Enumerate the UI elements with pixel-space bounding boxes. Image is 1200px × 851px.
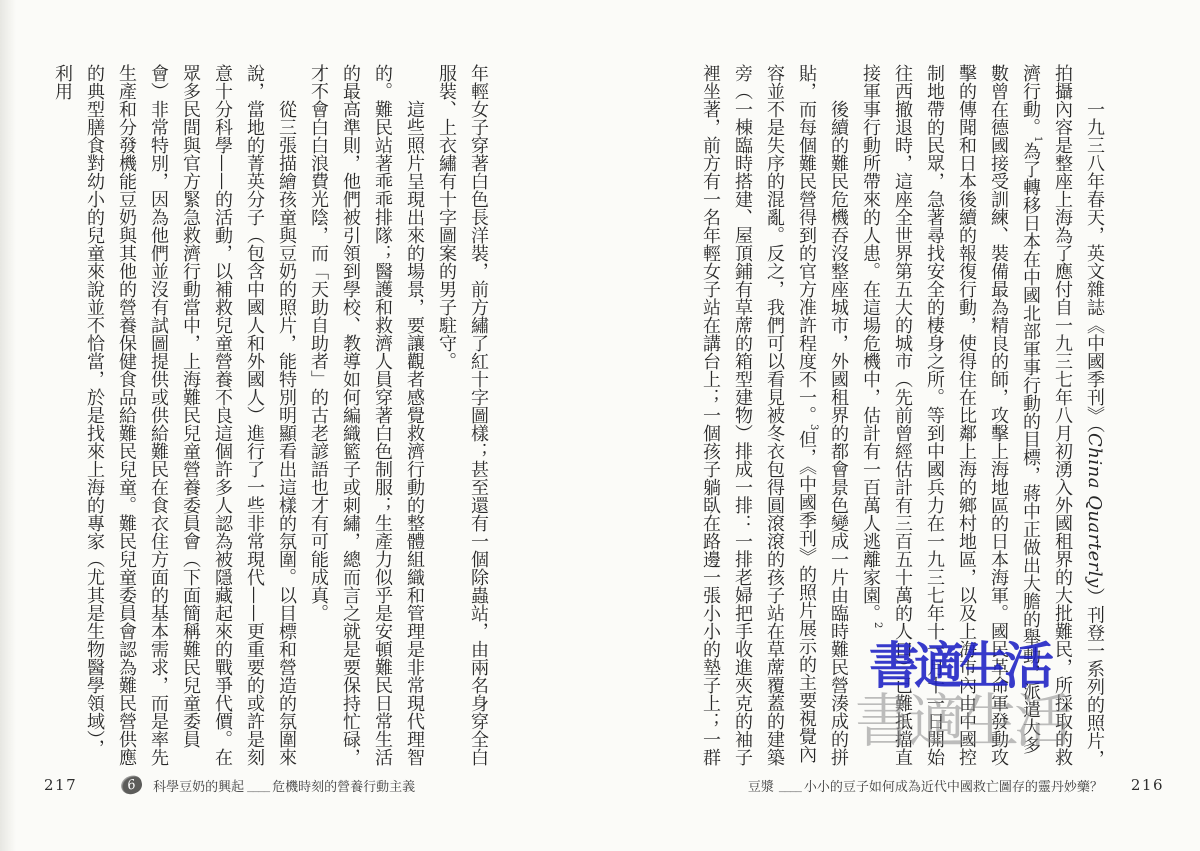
footer-divider: ____ (247, 778, 269, 793)
right-page-footer: 豆漿 ____ 小小的豆子如何成為近代中國救亡圖存的靈丹妙藥？ 216 (748, 773, 1164, 797)
left-page-number: 217 (44, 776, 77, 794)
footer-divider: ____ (779, 778, 801, 793)
left-page-footer: 217 6 科學豆奶的興起 ____ 危機時刻的營養行動主義 (44, 773, 415, 797)
text-run: 這些照片呈現出來的場景，要讓觀者感覺救濟行動的整體組織和管理是非常現代理智的。難… (308, 64, 425, 766)
text-run: 從三張描繪孩童與豆奶的照片，能特別明顯看出這樣的氛圍。以目標和營造的氛圍來說，當… (52, 64, 297, 766)
book-subtitle: 小小的豆子如何成為近代中國救亡圖存的靈丹妙藥？ (804, 776, 1103, 795)
right-page-text-block: 一九三八年春天，英文雜誌《中國季刊》（China Quarterly）刊登一系列… (686, 64, 1110, 768)
chapter-number-badge: 6 (119, 774, 144, 797)
paragraph: 年輕女子穿著白色長洋裝，前方繡了紅十字圖樣；甚至還有一個除蟲站，由兩名身穿全白服… (430, 64, 494, 768)
book-spread: 一九三八年春天，英文雜誌《中國季刊》（China Quarterly）刊登一系列… (0, 0, 1200, 851)
text-run: 為了轉移日本在中國北部軍事行動的目標，蔣中正做出大膽的舉動，派遣大多數曾在德國接… (860, 64, 1041, 766)
chapter-subtitle: 危機時刻的營養行動主義 (272, 776, 415, 795)
paragraph: 這些照片呈現出來的場景，要讓觀者感覺救濟行動的整體組織和管理是非常現代理智的。難… (302, 64, 430, 768)
text-run: 一九三八年春天，英文雜誌《中國季刊》（ (1084, 100, 1105, 433)
right-page-number: 216 (1131, 776, 1164, 794)
chapter-title: 科學豆奶的興起 (153, 776, 244, 795)
latin-text: China Quarterly (1084, 433, 1105, 588)
paragraph: 從三張描繪孩童與豆奶的照片，能特別明顯看出這樣的氛圍。以目標和營造的氛圍來說，當… (46, 64, 302, 768)
paragraph: 一九三八年春天，英文雜誌《中國季刊》（China Quarterly）刊登一系列… (854, 64, 1110, 768)
left-page-text-block: 年輕女子穿著白色長洋裝，前方繡了紅十字圖樣；甚至還有一個除蟲站，由兩名身穿全白服… (70, 64, 494, 768)
paragraph: 後續的難民危機吞沒整座城市，外國租界的都會景色變成一片由臨時難民營湊成的拼貼，而… (694, 64, 854, 768)
scan-edge-shadow (0, 0, 16, 851)
text-run: 年輕女子穿著白色長洋裝，前方繡了紅十字圖樣；甚至還有一個除蟲站，由兩名身穿全白服… (436, 64, 489, 766)
footnote-marker: 2 (872, 622, 883, 628)
book-title: 豆漿 (748, 776, 774, 795)
